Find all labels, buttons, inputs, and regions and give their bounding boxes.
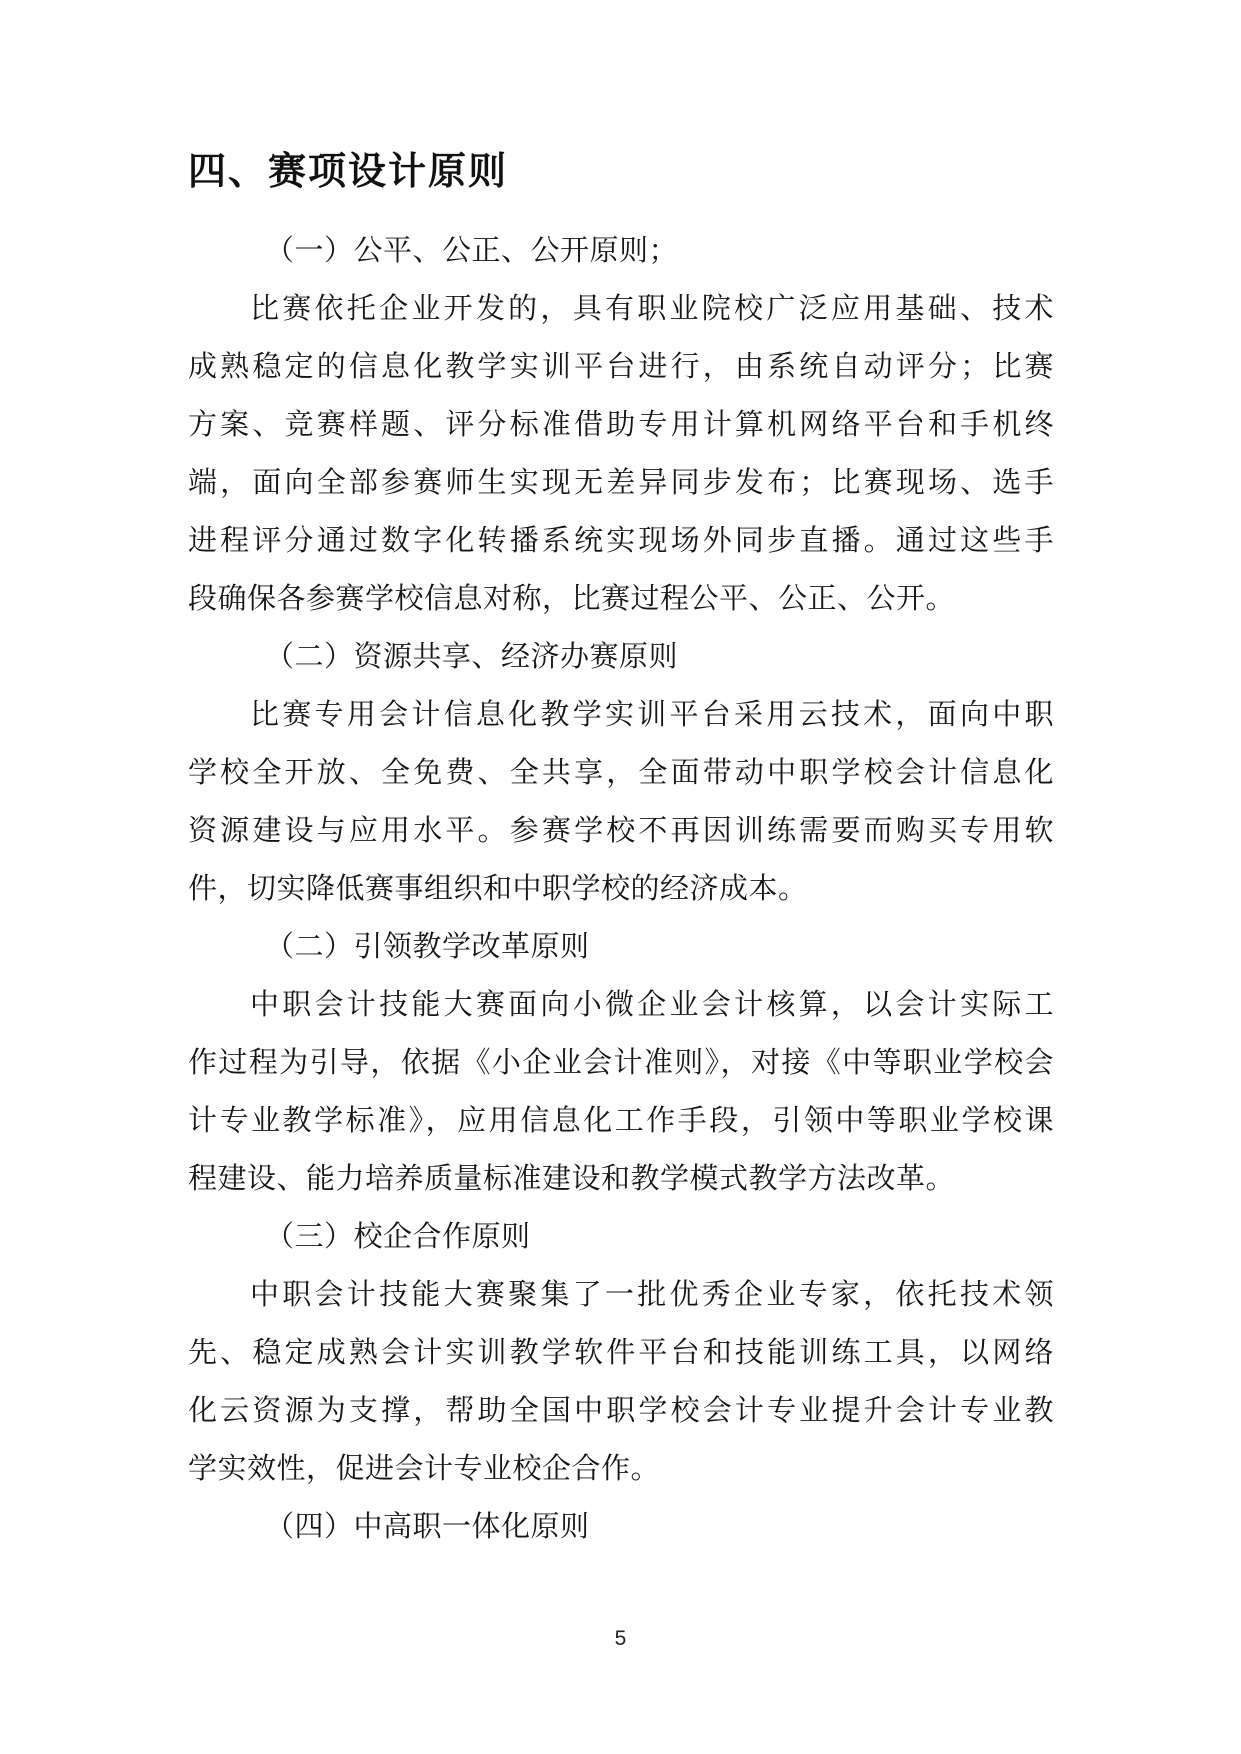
page-title: 四、赛项设计原则 bbox=[188, 148, 508, 196]
paragraph-line: 成熟稳定的信息化教学实训平台进行，由系统自动评分；比赛 bbox=[188, 338, 1054, 396]
section-heading: （二）引领教学改革原则 bbox=[188, 918, 1054, 976]
paragraph-line: 化云资源为支撑，帮助全国中职学校会计专业提升会计专业教 bbox=[188, 1382, 1054, 1440]
text-lines: （一）公平、公正、公开原则；比赛依托企业开发的，具有职业院校广泛应用基础、技术成… bbox=[188, 222, 1054, 1556]
paragraph-line: 比赛专用会计信息化教学实训平台采用云技术，面向中职 bbox=[188, 686, 1054, 744]
paragraph-line: 资源建设与应用水平。参赛学校不再因训练需要而购买专用软 bbox=[188, 802, 1054, 860]
paragraph-line: 件，切实降低赛事组织和中职学校的经济成本。 bbox=[188, 860, 1054, 918]
section-heading: （四）中高职一体化原则 bbox=[188, 1498, 1054, 1556]
paragraph-line: 学实效性，促进会计专业校企合作。 bbox=[188, 1440, 1054, 1498]
paragraph-line: 先、稳定成熟会计实训教学软件平台和技能训练工具，以网络 bbox=[188, 1324, 1054, 1382]
paragraph-line: 中职会计技能大赛聚集了一批优秀企业专家，依托技术领 bbox=[188, 1266, 1054, 1324]
paragraph-line: 比赛依托企业开发的，具有职业院校广泛应用基础、技术 bbox=[188, 280, 1054, 338]
paragraph-line: 计专业教学标准》，应用信息化工作手段，引领中等职业学校课 bbox=[188, 1092, 1054, 1150]
paragraph-line: 进程评分通过数字化转播系统实现场外同步直播。通过这些手 bbox=[188, 512, 1054, 570]
section-heading: （一）公平、公正、公开原则； bbox=[188, 222, 1054, 280]
paragraph-line: 学校全开放、全免费、全共享，全面带动中职学校会计信息化 bbox=[188, 744, 1054, 802]
paragraph-line: 中职会计技能大赛面向小微企业会计核算，以会计实际工 bbox=[188, 976, 1054, 1034]
section-heading: （二）资源共享、经济办赛原则 bbox=[188, 628, 1054, 686]
page-number: 5 bbox=[0, 1627, 1241, 1651]
document-page: 四、赛项设计原则 （一）公平、公正、公开原则；比赛依托企业开发的，具有职业院校广… bbox=[0, 0, 1241, 1754]
section-heading: （三）校企合作原则 bbox=[188, 1208, 1054, 1266]
paragraph-line: 方案、竞赛样题、评分标准借助专用计算机网络平台和手机终 bbox=[188, 396, 1054, 454]
paragraph-line: 段确保各参赛学校信息对称，比赛过程公平、公正、公开。 bbox=[188, 570, 1054, 628]
paragraph-line: 程建设、能力培养质量标准建设和教学模式教学方法改革。 bbox=[188, 1150, 1054, 1208]
paragraph-line: 作过程为引导，依据《小企业会计准则》，对接《中等职业学校会 bbox=[188, 1034, 1054, 1092]
paragraph-line: 端，面向全部参赛师生实现无差异同步发布；比赛现场、选手 bbox=[188, 454, 1054, 512]
